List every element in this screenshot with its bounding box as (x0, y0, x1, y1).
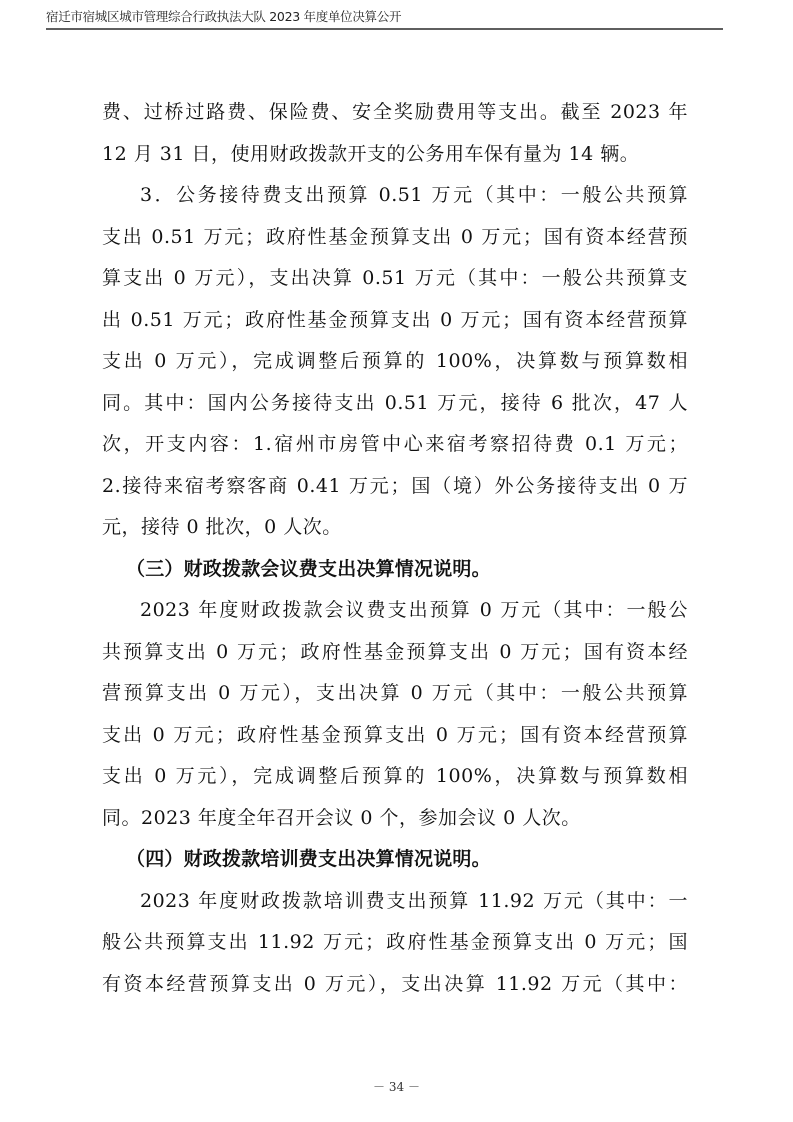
paragraph-line: 算支出 0 万元），支出决算 0.51 万元（其中：一般公共预算支 (102, 258, 688, 300)
paragraph-line: 支出 0 万元），完成调整后预算的 100%，决算数与预算数相 (102, 341, 688, 383)
paragraph-line: 同。2023 年度全年召开会议 0 个，参加会议 0 人次。 (102, 798, 688, 840)
page-header: 宿迁市宿城区城市管理综合行政执法大队 2023 年度单位决算公开 (46, 8, 723, 30)
paragraph-line: 2023 年度财政拨款培训费支出预算 11.92 万元（其中：一 (102, 881, 688, 923)
document-title: 宿迁市宿城区城市管理综合行政执法大队 2023 年度单位决算公开 (46, 8, 723, 26)
page-number: － 34 － (0, 1078, 793, 1095)
paragraph-line: 出 0.51 万元；政府性基金预算支出 0 万元；国有资本经营预算 (102, 300, 688, 342)
paragraph-line: 共预算支出 0 万元；政府性基金预算支出 0 万元；国有资本经 (102, 632, 688, 674)
paragraph-line: 有资本经营预算支出 0 万元），支出决算 11.92 万元（其中： (102, 964, 688, 1006)
document-body: 费、过桥过路费、保险费、安全奖励费用等支出。截至 2023 年 12 月 31 … (102, 92, 688, 1005)
paragraph-line: 支出 0 万元；政府性基金预算支出 0 万元；国有资本经营预算 (102, 715, 688, 757)
paragraph-line: 支出 0 万元），完成调整后预算的 100%，决算数与预算数相 (102, 756, 688, 798)
paragraph-line: 2.接待来宿考察客商 0.41 万元；国（境）外公务接待支出 0 万 (102, 466, 688, 508)
paragraph-line: 营预算支出 0 万元），支出决算 0 万元（其中：一般公共预算 (102, 673, 688, 715)
paragraph-line: 同。其中：国内公务接待支出 0.51 万元，接待 6 批次，47 人 (102, 383, 688, 425)
paragraph-line: 12 月 31 日，使用财政拨款开支的公务用车保有量为 14 辆。 (102, 134, 688, 176)
paragraph-line: 3．公务接待费支出预算 0.51 万元（其中：一般公共预算 (102, 175, 688, 217)
paragraph-line: 元，接待 0 批次，0 人次。 (102, 507, 688, 549)
section-heading-training-fees: （四）财政拨款培训费支出决算情况说明。 (102, 839, 688, 881)
paragraph-line: 2023 年度财政拨款会议费支出预算 0 万元（其中：一般公 (102, 590, 688, 632)
paragraph-line: 费、过桥过路费、保险费、安全奖励费用等支出。截至 2023 年 (102, 92, 688, 134)
paragraph-line: 次，开支内容：1.宿州市房管中心来宿考察招待费 0.1 万元； (102, 424, 688, 466)
paragraph-line: 般公共预算支出 11.92 万元；政府性基金预算支出 0 万元；国 (102, 922, 688, 964)
paragraph-line: 支出 0.51 万元；政府性基金预算支出 0 万元；国有资本经营预 (102, 217, 688, 259)
section-heading-meeting-fees: （三）财政拨款会议费支出决算情况说明。 (102, 549, 688, 591)
